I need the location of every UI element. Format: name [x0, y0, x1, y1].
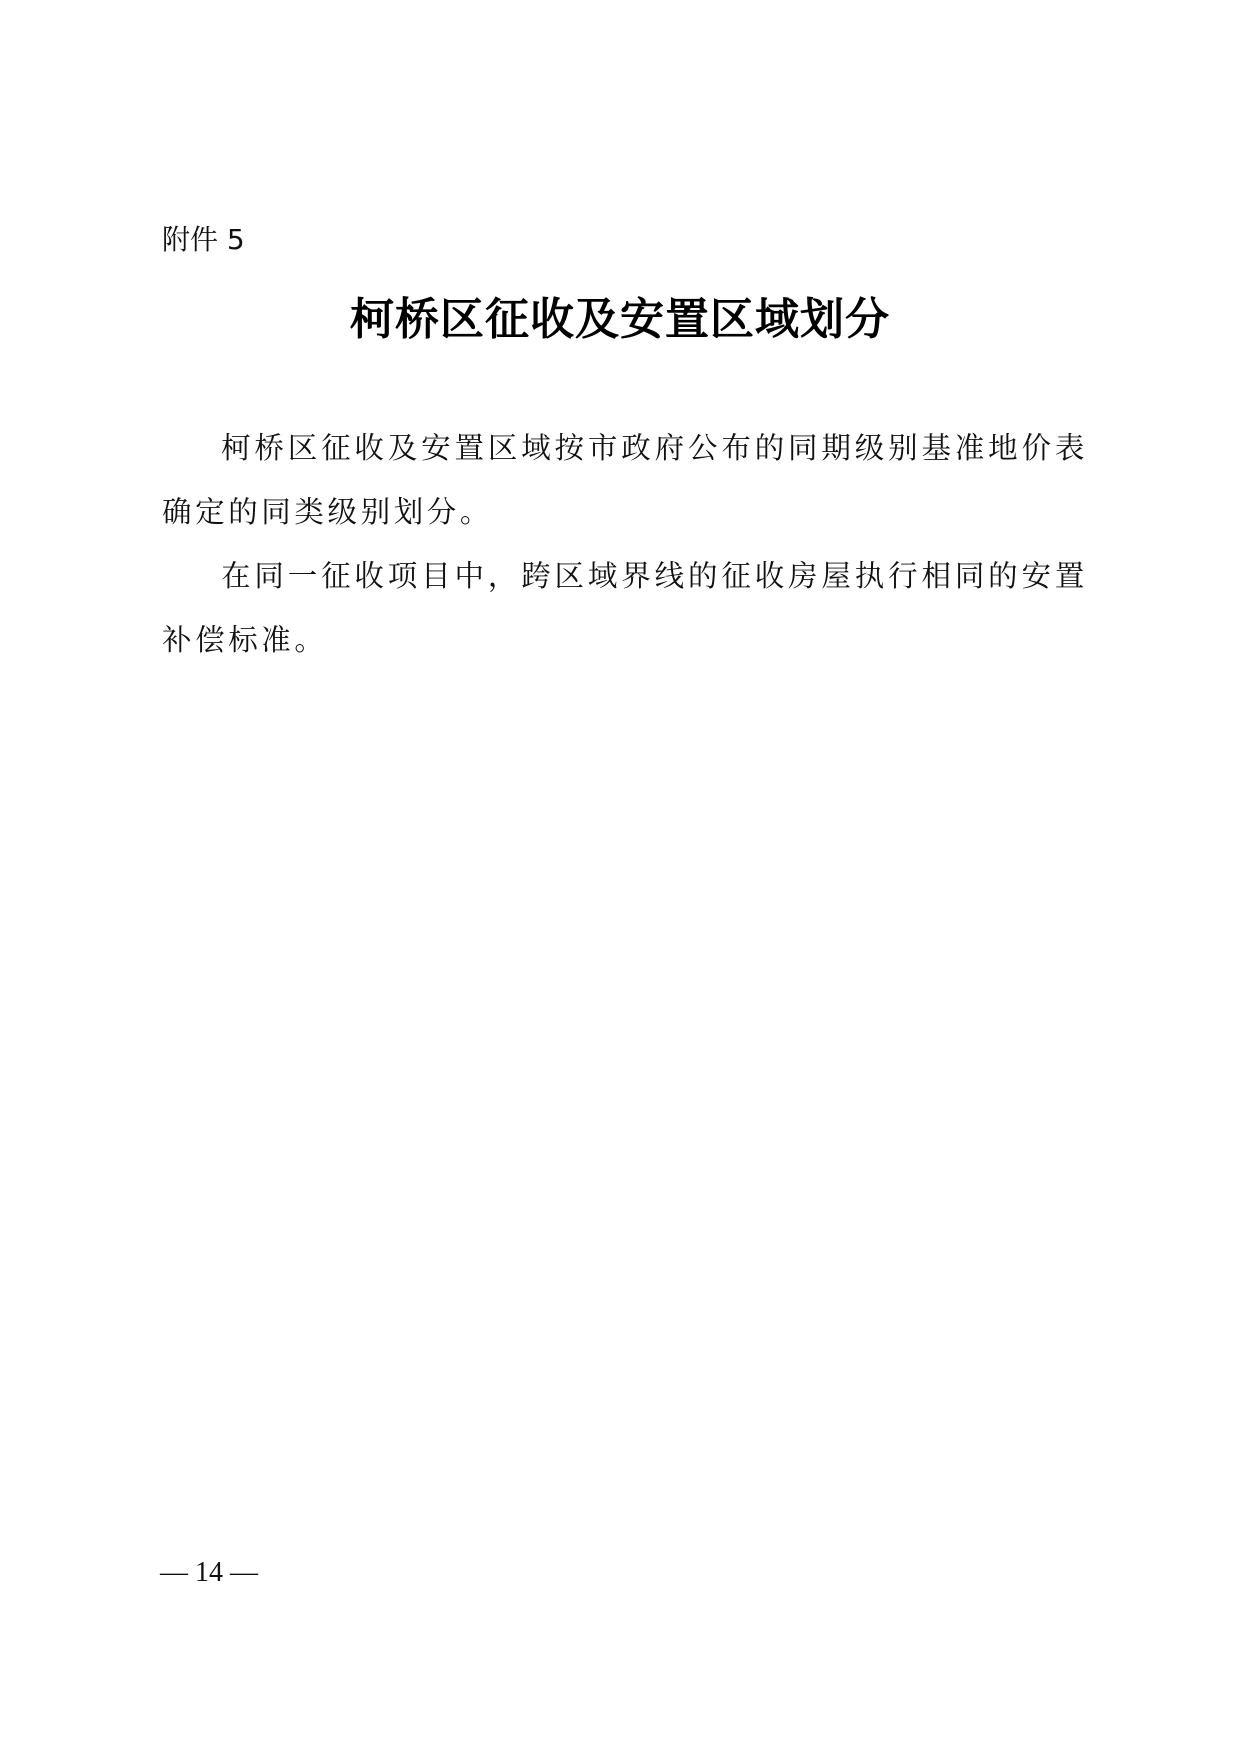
document-title: 柯桥区征收及安置区域划分	[0, 290, 1240, 350]
paragraph: 柯桥区征收及安置区域按市政府公布的同期级别基准地价表确定的同类级别划分。	[162, 416, 1088, 544]
attachment-label: 附件 5	[162, 222, 245, 258]
paragraph: 在同一征收项目中，跨区域界线的征收房屋执行相同的安置补偿标准。	[162, 544, 1088, 672]
document-body: 柯桥区征收及安置区域按市政府公布的同期级别基准地价表确定的同类级别划分。 在同一…	[162, 416, 1088, 672]
page-number: — 14 —	[160, 1555, 258, 1591]
